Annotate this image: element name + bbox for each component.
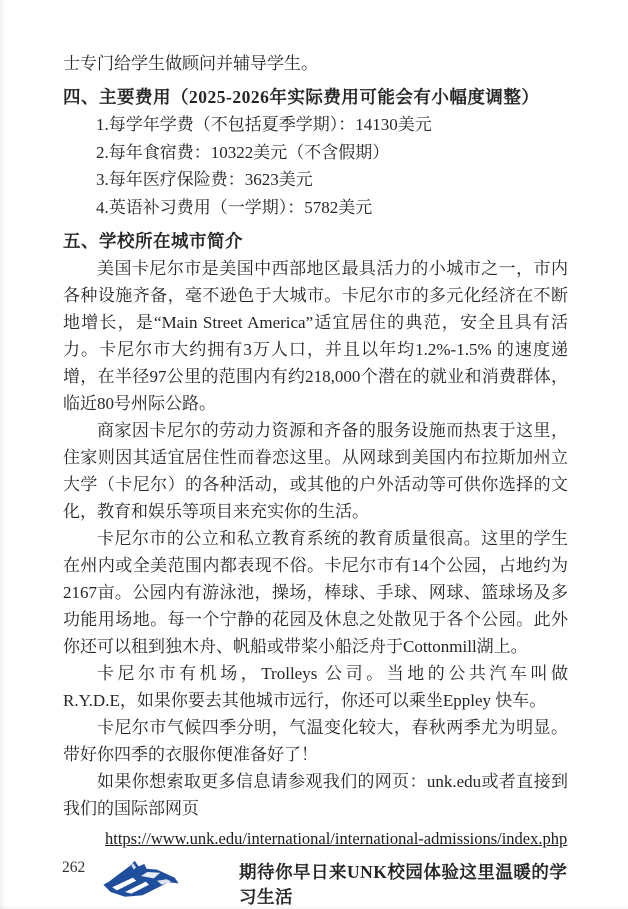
- fee-item-tuition: 1.每学年学费（不包括夏季学期）：14130美元: [96, 111, 568, 139]
- education-parks-paragraph: 卡尼尔市的公立和私立教育系统的教育质量很高。这里的学生在州内或全美范围内都表现不…: [63, 525, 568, 660]
- unk-loper-logo-icon: [101, 858, 181, 909]
- fee-item-room-board: 2.每年食宿费：10322美元（不含假期）: [96, 139, 568, 167]
- more-info-paragraph: 如果你想索取更多信息请参观我们的网页：unk.edu或者直接到我们的国际部网页: [63, 768, 568, 822]
- business-living-paragraph: 商家因卡尼尔的劳动力资源和齐备的服务设施而热衷于这里，住家则因其适宜居住性而眷恋…: [63, 417, 568, 525]
- fee-item-insurance: 3.每年医疗保险费：3623美元: [96, 166, 568, 194]
- climate-paragraph: 卡尼尔市气候四季分明，气温变化较大，春秋两季尤为明显。带好你四季的衣服你便准备好…: [63, 714, 568, 768]
- admissions-link-line: https://www.unk.edu/international/intern…: [105, 825, 568, 852]
- fee-item-esl: 4.英语补习费用（一学期）：5782美元: [96, 194, 568, 222]
- footer-slogan: 期待你早日来UNK校园体验这里温暖的学习生活: [239, 859, 568, 909]
- section5-heading: 五、学校所在城市简介: [63, 228, 568, 255]
- section4-heading: 四、主要费用（2025-2026年实际费用可能会有小幅度调整）: [63, 84, 568, 111]
- footer-row: 期待你早日来UNK校园体验这里温暖的学习生活: [101, 858, 568, 909]
- admissions-url-link[interactable]: https://www.unk.edu/international/intern…: [105, 829, 567, 848]
- continuation-text: 士专门给学生做顾问并辅导学生。: [63, 50, 568, 77]
- transport-paragraph: 卡尼尔市有机场，Trolleys 公司。当地的公共汽车叫做R.Y.D.E，如果你…: [63, 660, 568, 714]
- city-intro-paragraph: 美国卡尼尔市是美国中西部地区最具活力的小城市之一，市内各种设施齐备，毫不逊色于大…: [63, 255, 568, 417]
- page-number: 262: [62, 859, 85, 877]
- document-page: 士专门给学生做顾问并辅导学生。 四、主要费用（2025-2026年实际费用可能会…: [0, 0, 628, 909]
- fee-list: 1.每学年学费（不包括夏季学期）：14130美元 2.每年食宿费：10322美元…: [96, 111, 568, 221]
